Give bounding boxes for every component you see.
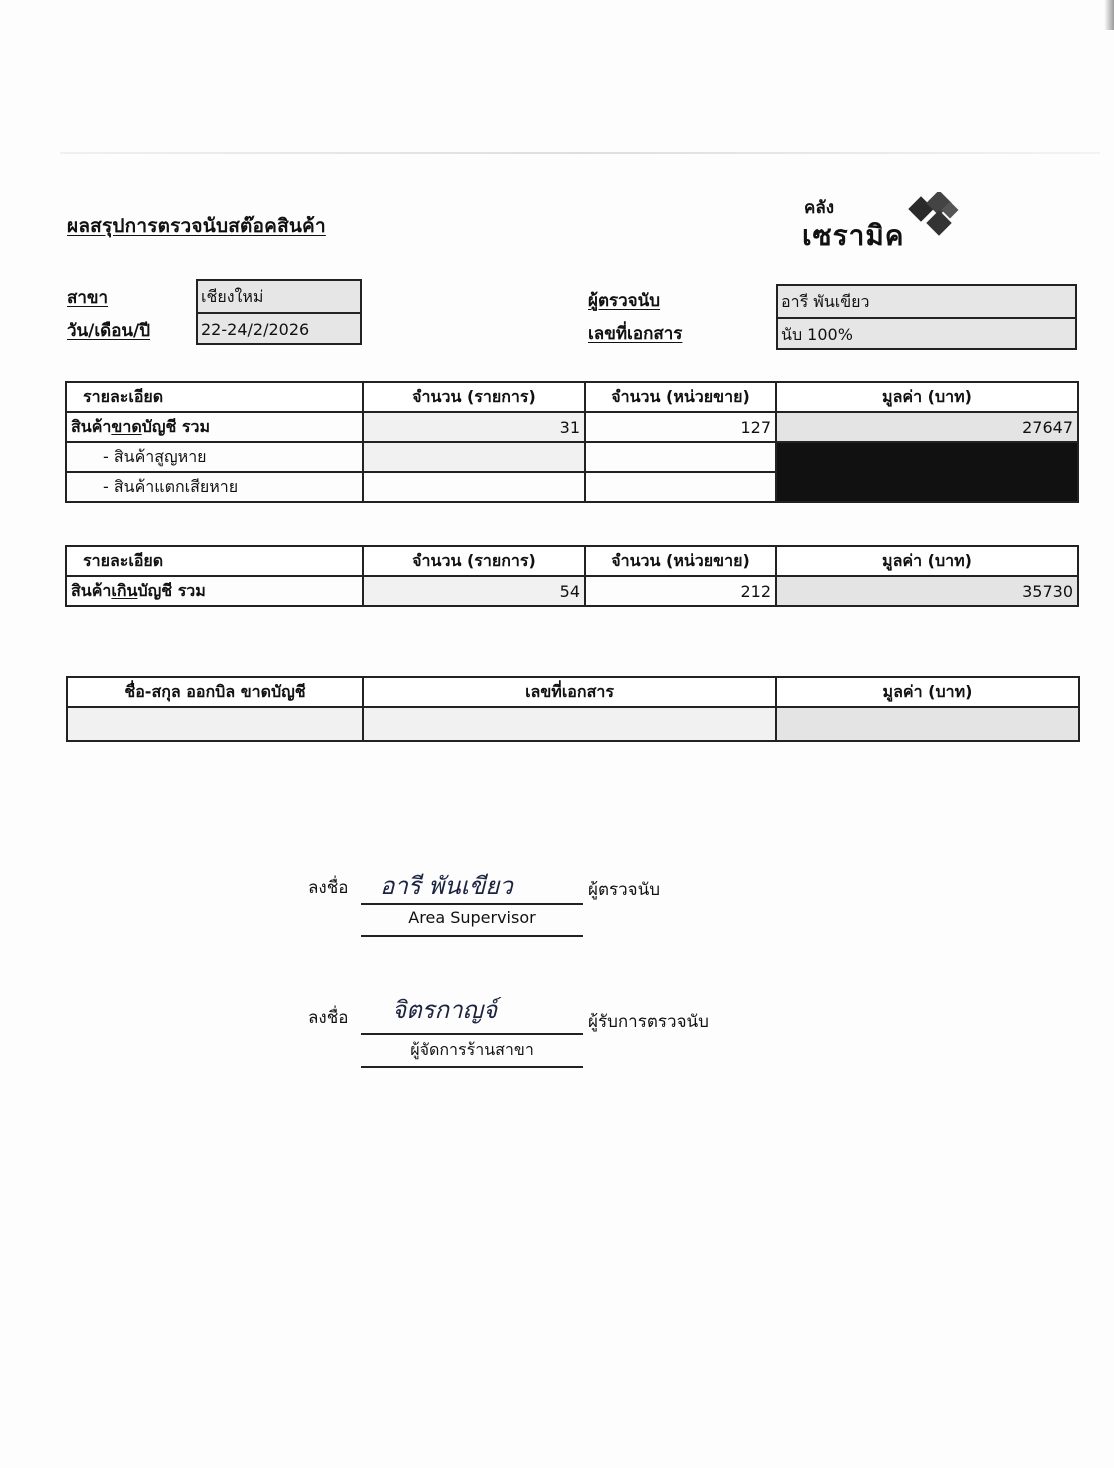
position-2: ผู้จัดการร้านสาขา [361,1038,583,1063]
col-billing-value: มูลค่า (บาท) [776,677,1079,707]
branch-value: เชียงใหม่ [198,281,360,312]
shortage-value: 27647 [776,412,1078,442]
sign-label-2: ลงชื่อ [308,1004,348,1031]
sign-label-1: ลงชื่อ [308,874,348,901]
counter-label: ผู้ตรวจนับ [588,287,660,314]
document-title: ผลสรุปการตรวจนับสต๊อคสินค้า [67,211,326,241]
surplus-items: 54 [363,576,585,606]
position-1: Area Supervisor [361,908,583,927]
lost-units [585,442,776,472]
lost-label: - สินค้าสูญหาย [66,442,363,472]
branch-label: สาขา [67,284,108,311]
counter-value: อารี พันเขียว [778,286,1075,317]
shortage-items: 31 [363,412,585,442]
scan-edge-shadow [1104,0,1114,30]
branch-date-box: เชียงใหม่ 22-24/2/2026 [196,279,362,345]
surplus-units: 212 [585,576,776,606]
signature-line-2 [361,1033,583,1035]
col-detail: รายละเอียด [66,382,363,412]
billing-value [776,707,1079,741]
label-post: บัญชี รวม [137,581,205,600]
label-key: เกิน [111,581,137,600]
signature-1: อารี พันเขียว [380,866,513,905]
col-items: จำนวน (รายการ) [363,546,585,576]
lost-items [363,442,585,472]
counter-doc-box: อารี พันเขียว นับ 100% [776,284,1077,350]
col-items: จำนวน (รายการ) [363,382,585,412]
company-logo: คลัง เซรามิค [800,192,970,256]
damaged-label: - สินค้าแตกเสียหาย [66,472,363,502]
col-billing-name: ชื่อ-สกุล ออกบิล ขาดบัญชี [67,677,363,707]
col-value: มูลค่า (บาท) [776,382,1078,412]
damaged-units [585,472,776,502]
label-pre: สินค้า [71,417,111,436]
role-label-2: ผู้รับการตรวจนับ [588,1008,709,1035]
label-post: บัญชี รวม [142,417,210,436]
shortage-units: 127 [585,412,776,442]
position-line-2 [361,1066,583,1068]
billing-docno [363,707,776,741]
surplus-table: รายละเอียด จำนวน (รายการ) จำนวน (หน่วยขา… [65,545,1079,607]
shortage-total-label: สินค้าขาดบัญชี รวม [66,412,363,442]
label-pre: สินค้า [71,581,111,600]
docno-label: เลขที่เอกสาร [588,320,682,347]
col-units: จำนวน (หน่วยขาย) [585,382,776,412]
col-billing-docno: เลขที่เอกสาร [363,677,776,707]
shortage-table: รายละเอียด จำนวน (รายการ) จำนวน (หน่วยขา… [65,381,1079,503]
role-label-1: ผู้ตรวจนับ [588,876,660,903]
signature-2: จิตรกาญจ์ [392,990,497,1029]
scan-artifact-line [60,152,1100,154]
tiles-logo-icon [902,192,962,244]
col-value: มูลค่า (บาท) [776,546,1078,576]
date-value: 22-24/2/2026 [198,312,360,343]
position-line-1 [361,935,583,937]
logo-line2: เซรามิค [802,214,905,258]
label-key: ขาด [111,417,141,436]
col-units: จำนวน (หน่วยขาย) [585,546,776,576]
docno-value: นับ 100% [778,317,1075,348]
table-row: - สินค้าสูญหาย [66,442,1078,472]
signature-line-1 [361,903,583,905]
damaged-items [363,472,585,502]
col-detail: รายละเอียด [66,546,363,576]
billing-name [67,707,363,741]
redacted-value-block [776,442,1078,502]
table-row: สินค้าขาดบัญชี รวม 31 127 27647 [66,412,1078,442]
date-label: วัน/เดือน/ปี [67,317,150,344]
billing-table: ชื่อ-สกุล ออกบิล ขาดบัญชี เลขที่เอกสาร ม… [66,676,1080,742]
surplus-total-label: สินค้าเกินบัญชี รวม [66,576,363,606]
table-row [67,707,1079,741]
table-row: สินค้าเกินบัญชี รวม 54 212 35730 [66,576,1078,606]
surplus-value: 35730 [776,576,1078,606]
